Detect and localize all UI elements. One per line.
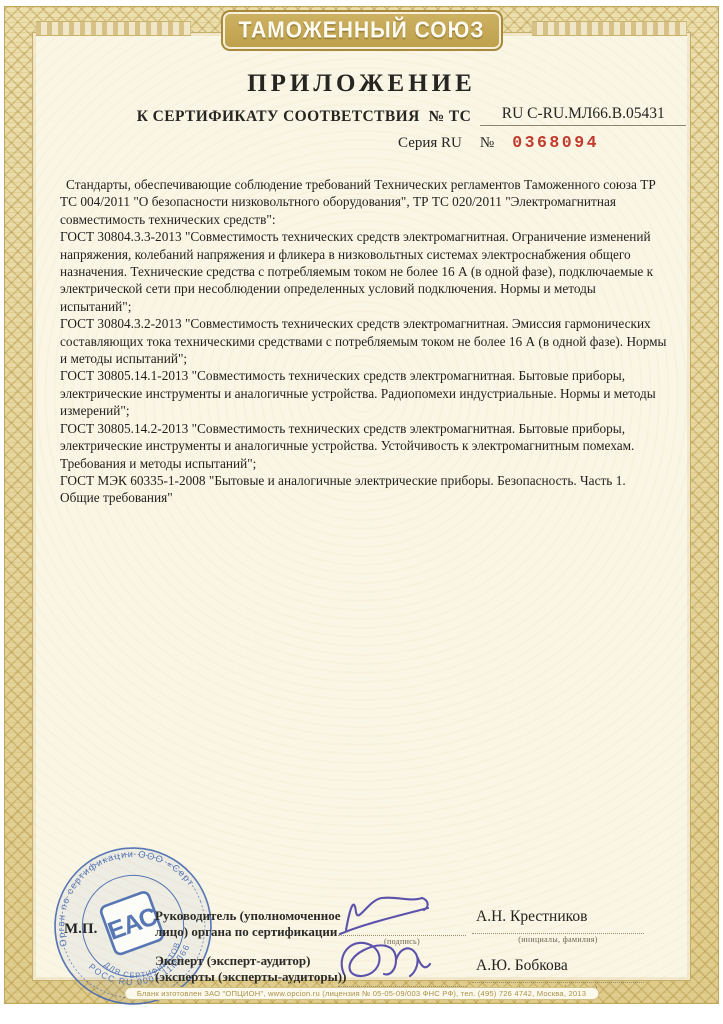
badge-side-ornament-left [36, 21, 191, 36]
certificate-number-value: RU C-RU.МЛ66.В.05431 [480, 105, 686, 126]
signature-line-head [338, 908, 466, 936]
head-name-caption: (инициалы, фамилия) [472, 935, 644, 944]
page-title: ПРИЛОЖЕНИЕ [0, 70, 723, 98]
customs-union-badge-label: ТАМОЖЕННЫЙ СОЮЗ [239, 17, 485, 44]
body-paragraph: ГОСТ 30805.14.2-2013 "Совместимость техн… [60, 420, 668, 472]
customs-union-badge: ТАМОЖЕННЫЙ СОЮЗ [221, 10, 503, 51]
series-label: Серия RU [398, 135, 462, 152]
serial-number-value: 0368094 [512, 133, 599, 152]
body-paragraph: ГОСТ 30805.14.1-2013 "Совместимость техн… [60, 367, 668, 419]
role-head-of-body: Руководитель (уполномоченное лицо) орган… [155, 908, 347, 940]
head-name: А.Н. Крестников [472, 908, 644, 934]
series-line: Серия RU № 0368094 [398, 133, 599, 152]
signatory-roles: Руководитель (уполномоченное лицо) орган… [155, 908, 347, 985]
name-column: А.Н. Крестников (инициалы, фамилия) А.Ю.… [472, 908, 644, 993]
blank-manufacturer-imprint: Бланк изготовлен ЗАО "ОПЦИОН", www.opcio… [124, 987, 599, 1000]
signature-caption-head: (подпись) [338, 937, 466, 946]
signature-column: (подпись) (подпись) [338, 908, 466, 997]
certificate-label: К СЕРТИФИКАТУ СООТВЕТСТВИЯ [137, 108, 420, 126]
certificate-number-prefix: № ТС [429, 108, 472, 126]
body-paragraph: ГОСТ 30804.3.3-2013 "Совместимость техни… [60, 228, 668, 315]
badge-side-ornament-right [532, 21, 687, 36]
serial-number-prefix: № [480, 135, 494, 152]
standards-text-block: Стандарты, обеспечивающие соблюдение тре… [60, 176, 668, 507]
role-expert-auditor: Эксперт (эксперт-аудитор) (эксперты (экс… [155, 953, 347, 985]
certificate-number-line: К СЕРТИФИКАТУ СООТВЕТСТВИЯ № ТС RU C-RU.… [0, 105, 723, 126]
signature-line-expert [338, 959, 466, 987]
expert-name: А.Ю. Бобкова [472, 957, 644, 983]
body-paragraph: ГОСТ 30804.3.2-2013 "Совместимость техни… [60, 315, 668, 367]
certificate-page: ТАМОЖЕННЫЙ СОЮЗ ПРИЛОЖЕНИЕ К СЕРТИФИКАТУ… [0, 0, 723, 1024]
body-paragraph: ГОСТ МЭК 60335-1-2008 "Бытовые и аналоги… [60, 472, 668, 507]
body-paragraph: Стандарты, обеспечивающие соблюдение тре… [60, 176, 668, 228]
